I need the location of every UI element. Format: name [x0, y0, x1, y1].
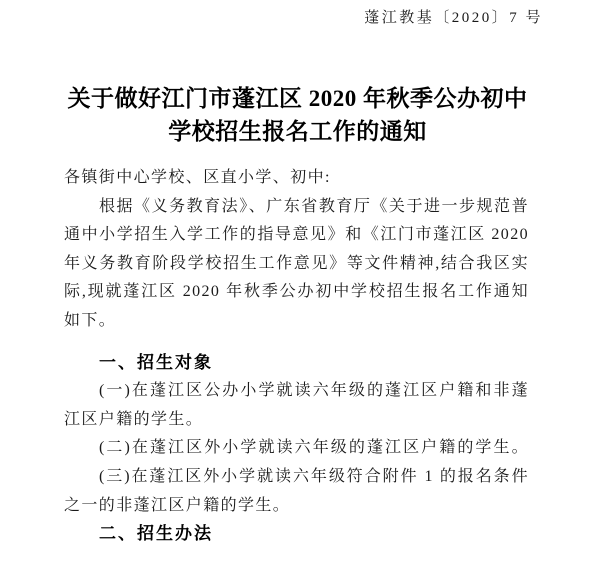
intro-line-4: 际,现就蓬江区 2020 年秋季公办初中学校招生报名工作通知	[64, 278, 529, 307]
doc-title: 关于做好江门市蓬江区 2020 年秋季公办初中 学校招生报名工作的通知	[64, 82, 531, 148]
doc-title-line1: 关于做好江门市蓬江区 2020 年秋季公办初中	[64, 82, 531, 115]
intro-line-2: 通中小学招生入学工作的指导意见》和《江门市蓬江区 2020	[64, 221, 529, 250]
doc-body: 各镇街中心学校、区直小学、初中: 根据《义务教育法》、广东省教育厅《关于进一步规…	[64, 164, 529, 549]
intro-line-5: 如下。	[64, 307, 529, 336]
doc-number: 蓬江教基〔2020〕7 号	[0, 8, 543, 28]
document-page: 蓬江教基〔2020〕7 号 关于做好江门市蓬江区 2020 年秋季公办初中 学校…	[0, 0, 595, 574]
section1-item3-line1: (三)在蓬江区外小学就读六年级符合附件 1 的报名条件	[64, 463, 529, 492]
doc-title-line2: 学校招生报名工作的通知	[64, 115, 531, 148]
section1-item1-line2: 江区户籍的学生。	[64, 406, 529, 435]
section1-heading: 一、招生对象	[64, 349, 529, 378]
salutation-line: 各镇街中心学校、区直小学、初中:	[64, 164, 529, 193]
intro-line-3: 年义务教育阶段学校招生工作意见》等文件精神,结合我区实	[64, 250, 529, 279]
section1-item2-line1: (二)在蓬江区外小学就读六年级的蓬江区户籍的学生。	[64, 434, 529, 463]
section1-item3-line2: 之一的非蓬江区户籍的学生。	[64, 492, 529, 521]
section1-item1-line1: (一)在蓬江区公办小学就读六年级的蓬江区户籍和非蓬	[64, 377, 529, 406]
section2-heading: 二、招生办法	[64, 520, 529, 549]
intro-line-1: 根据《义务教育法》、广东省教育厅《关于进一步规范普	[64, 193, 529, 222]
